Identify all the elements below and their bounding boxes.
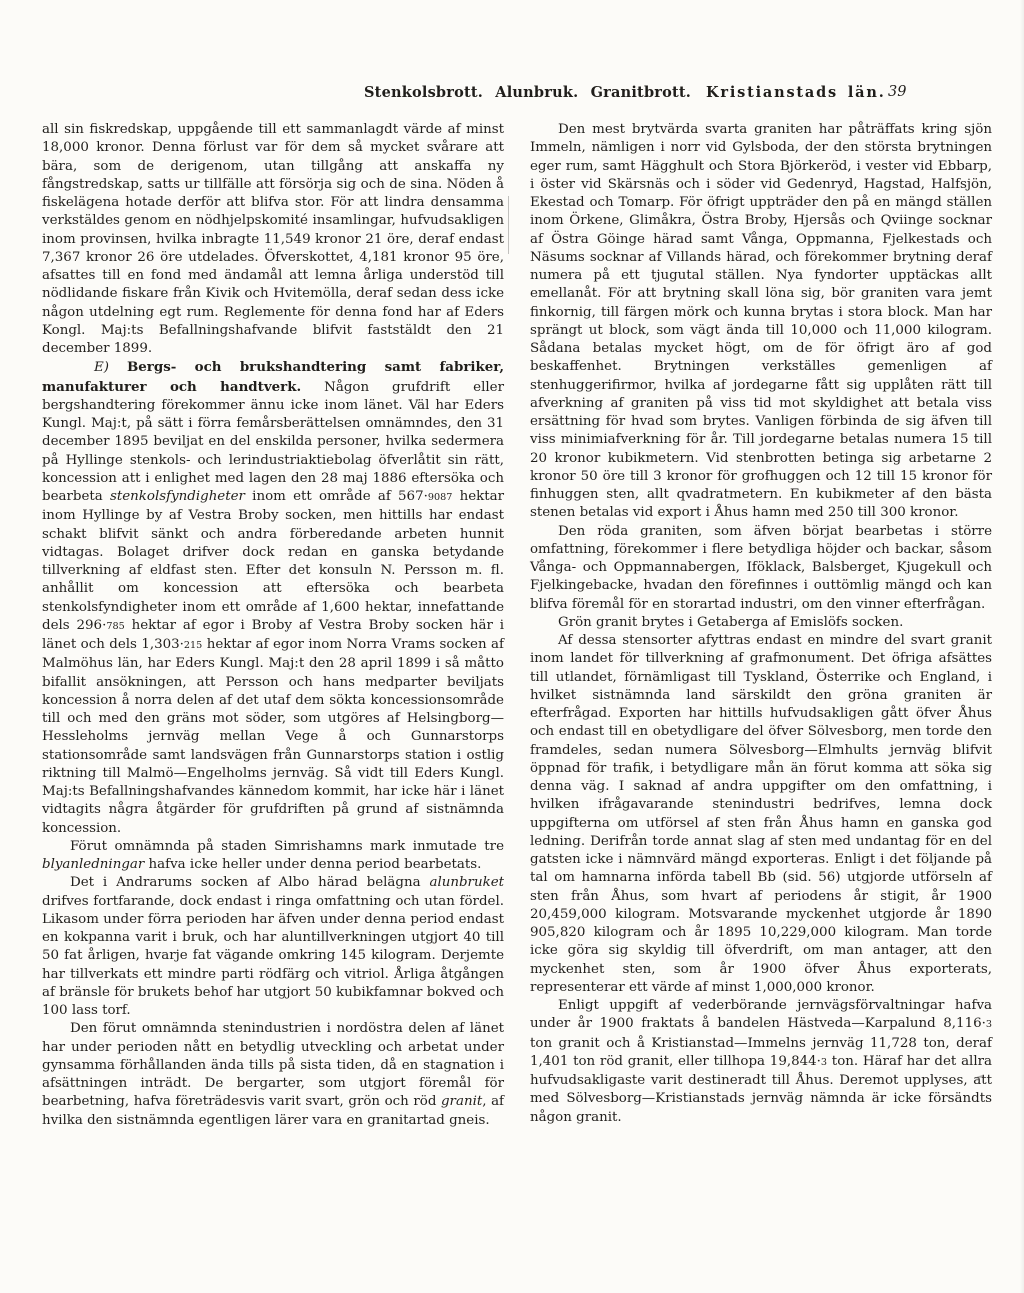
text-segment: granit <box>441 1094 482 1109</box>
scanned-book-page: Stenkolsbrott. Alunbruk. Granitbrott. Kr… <box>0 0 1024 1293</box>
text-segment: 785 <box>106 621 124 632</box>
right-paragraph-4: Af dessa stensorter afyttras endast en m… <box>530 632 992 997</box>
page-number: 39 <box>888 84 906 100</box>
text-segment: alunbruket <box>429 875 504 890</box>
text-segment: Den mest brytvärda svarta graniten har p… <box>530 122 992 520</box>
text-segment: hektar inom Hyllinge by af Vestra Broby … <box>42 489 504 633</box>
scan-artifact-line <box>508 196 509 254</box>
text-segment: 9087 <box>428 492 453 503</box>
running-header-subjects: Stenkolsbrott. Alunbruk. Granitbrott. <box>364 84 691 101</box>
text-segment: Enligt uppgift af vederbörande jernvägsf… <box>530 998 992 1031</box>
text-segment: Det i Andrarums socken af Albo härad bel… <box>70 875 429 890</box>
text-segment: hafva icke heller under denna period bea… <box>144 857 481 872</box>
text-segment: inom ett område af 567· <box>245 489 428 504</box>
left-paragraph-2: E) Bergs- och brukshandtering samt fabri… <box>42 358 504 838</box>
left-column: all sin fiskredskap, uppgående till ett … <box>42 121 504 1130</box>
left-paragraph-1: all sin fiskredskap, uppgående till ett … <box>42 121 504 358</box>
right-paragraph-5: Enligt uppgift af vederbörande jernvägsf… <box>530 997 992 1127</box>
running-header: Stenkolsbrott. Alunbruk. Granitbrott. Kr… <box>0 84 1024 106</box>
text-segment: stenkolsfyndigheter <box>110 489 245 504</box>
text-segment: hektar af egor inom Norra Vrams socken a… <box>42 637 504 836</box>
left-paragraph-3: Förut omnämnda på staden Simrishamns mar… <box>42 838 504 875</box>
right-column: Den mest brytvärda svarta graniten har p… <box>530 121 992 1130</box>
right-paragraph-3: Grön granit brytes i Getaberga af Emislö… <box>530 614 992 632</box>
text-segment: all sin fiskredskap, uppgående till ett … <box>42 122 504 356</box>
text-segment: Den förut omnämnda stenindustrien i nord… <box>42 1021 504 1109</box>
left-paragraph-4: Det i Andrarums socken af Albo härad bel… <box>42 874 504 1020</box>
right-paragraph-2: Den röda graniten, som äfven börjat bear… <box>530 523 992 614</box>
text-segment: Af dessa stensorter afyttras endast en m… <box>530 633 992 995</box>
right-paragraph-1: Den mest brytvärda svarta graniten har p… <box>530 121 992 523</box>
text-segment: drifves fortfarande, dock endast i ringa… <box>42 894 504 1019</box>
text-segment: E) <box>94 360 127 375</box>
text-segment: 215 <box>184 640 202 651</box>
text-segment: blyanledningar <box>42 857 144 872</box>
scan-edge-shadow <box>1020 0 1024 1293</box>
running-header-region: Kristianstads län. <box>706 84 886 101</box>
text-segment: Den röda graniten, som äfven börjat bear… <box>530 524 992 612</box>
text-segment: 3 <box>986 1019 992 1030</box>
text-body: all sin fiskredskap, uppgående till ett … <box>42 121 992 1130</box>
text-segment: Någon grufdrift eller bergshandtering fö… <box>42 380 504 505</box>
left-paragraph-5: Den förut omnämnda stenindustrien i nord… <box>42 1020 504 1130</box>
text-segment: Förut omnämnda på staden Simrishamns mar… <box>70 839 504 854</box>
text-segment: Grön granit brytes i Getaberga af Emislö… <box>558 615 903 630</box>
